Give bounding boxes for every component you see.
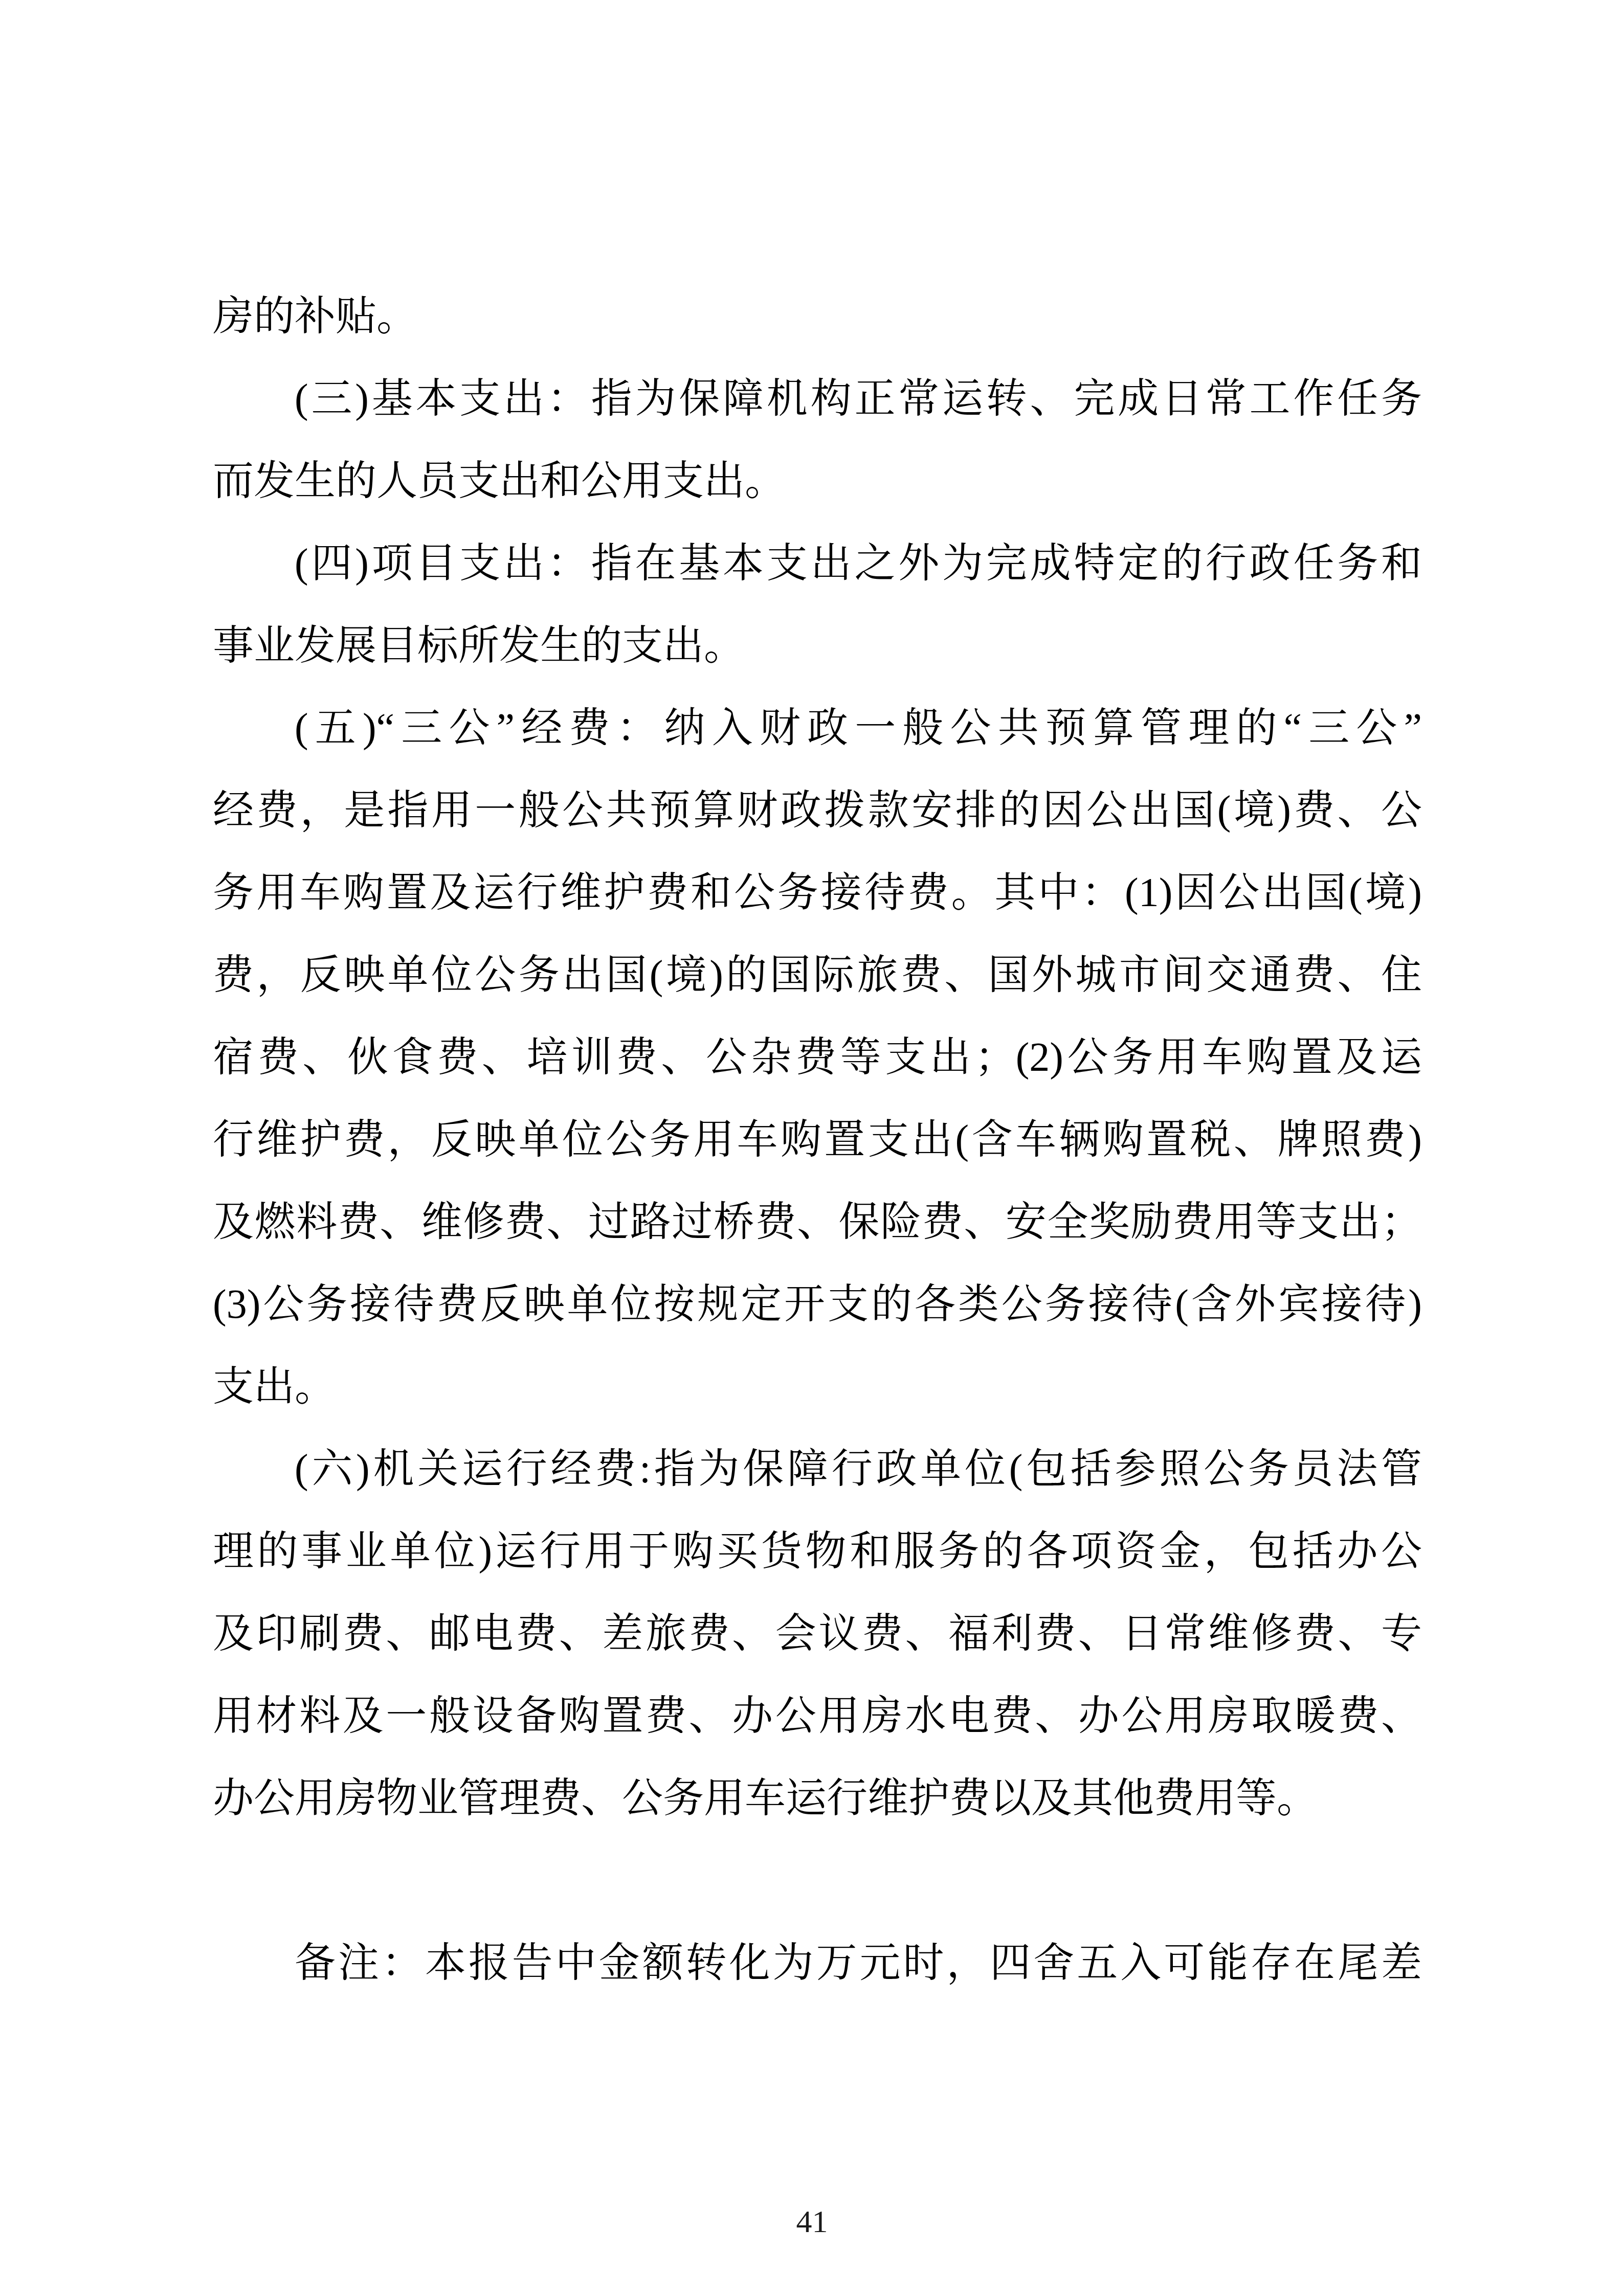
note-line: 备注：本报告中金额转化为万元时，四舍五入可能存在尾差	[213, 1922, 1422, 2005]
page-number: 41	[0, 2205, 1624, 2239]
document-page: 房的补贴。 (三)基本支出：指为保障机构正常运转、完成日常工作任务 而发生的人员…	[0, 0, 1624, 2296]
text-line: 理的事业单位)运行用于购买货物和服务的各项资金，包括办公	[213, 1511, 1422, 1593]
document-body: 房的补贴。 (三)基本支出：指为保障机构正常运转、完成日常工作任务 而发生的人员…	[213, 276, 1422, 2005]
text-line: 及印刷费、邮电费、差旅费、会议费、福利费、日常维修费、专	[213, 1593, 1422, 1675]
text-line: (四)项目支出：指在基本支出之外为完成特定的行政任务和	[213, 523, 1422, 605]
text-line: 及燃料费、维修费、过路过桥费、保险费、安全奖励费用等支出；	[213, 1181, 1422, 1264]
text-line: 宿费、伙食费、培训费、公杂费等支出；(2)公务用车购置及运	[213, 1017, 1422, 1099]
text-line: 务用车购置及运行维护费和公务接待费。其中：(1)因公出国(境)	[213, 852, 1422, 934]
text-line: (三)基本支出：指为保障机构正常运转、完成日常工作任务	[213, 358, 1422, 440]
text-line: 用材料及一般设备购置费、办公用房水电费、办公用房取暖费、	[213, 1675, 1422, 1758]
text-line: 而发生的人员支出和公用支出。	[213, 440, 1422, 523]
text-line: 经费，是指用一般公共预算财政拨款安排的因公出国(境)费、公	[213, 770, 1422, 852]
text-line: (3)公务接待费反映单位按规定开支的各类公务接待(含外宾接待)	[213, 1264, 1422, 1346]
text-line: 费，反映单位公务出国(境)的国际旅费、国外城市间交通费、住	[213, 934, 1422, 1017]
text-line: 办公用房物业管理费、公务用车运行维护费以及其他费用等。	[213, 1758, 1422, 1840]
text-line: 房的补贴。	[213, 276, 1422, 358]
text-line: 支出。	[213, 1346, 1422, 1428]
text-line: (五)“三公”经费：纳入财政一般公共预算管理的“三公”	[213, 687, 1422, 770]
text-line: (六)机关运行经费:指为保障行政单位(包括参照公务员法管	[213, 1428, 1422, 1511]
text-line: 事业发展目标所发生的支出。	[213, 605, 1422, 687]
text-line: 行维护费，反映单位公务用车购置支出(含车辆购置税、牌照费)	[213, 1099, 1422, 1181]
